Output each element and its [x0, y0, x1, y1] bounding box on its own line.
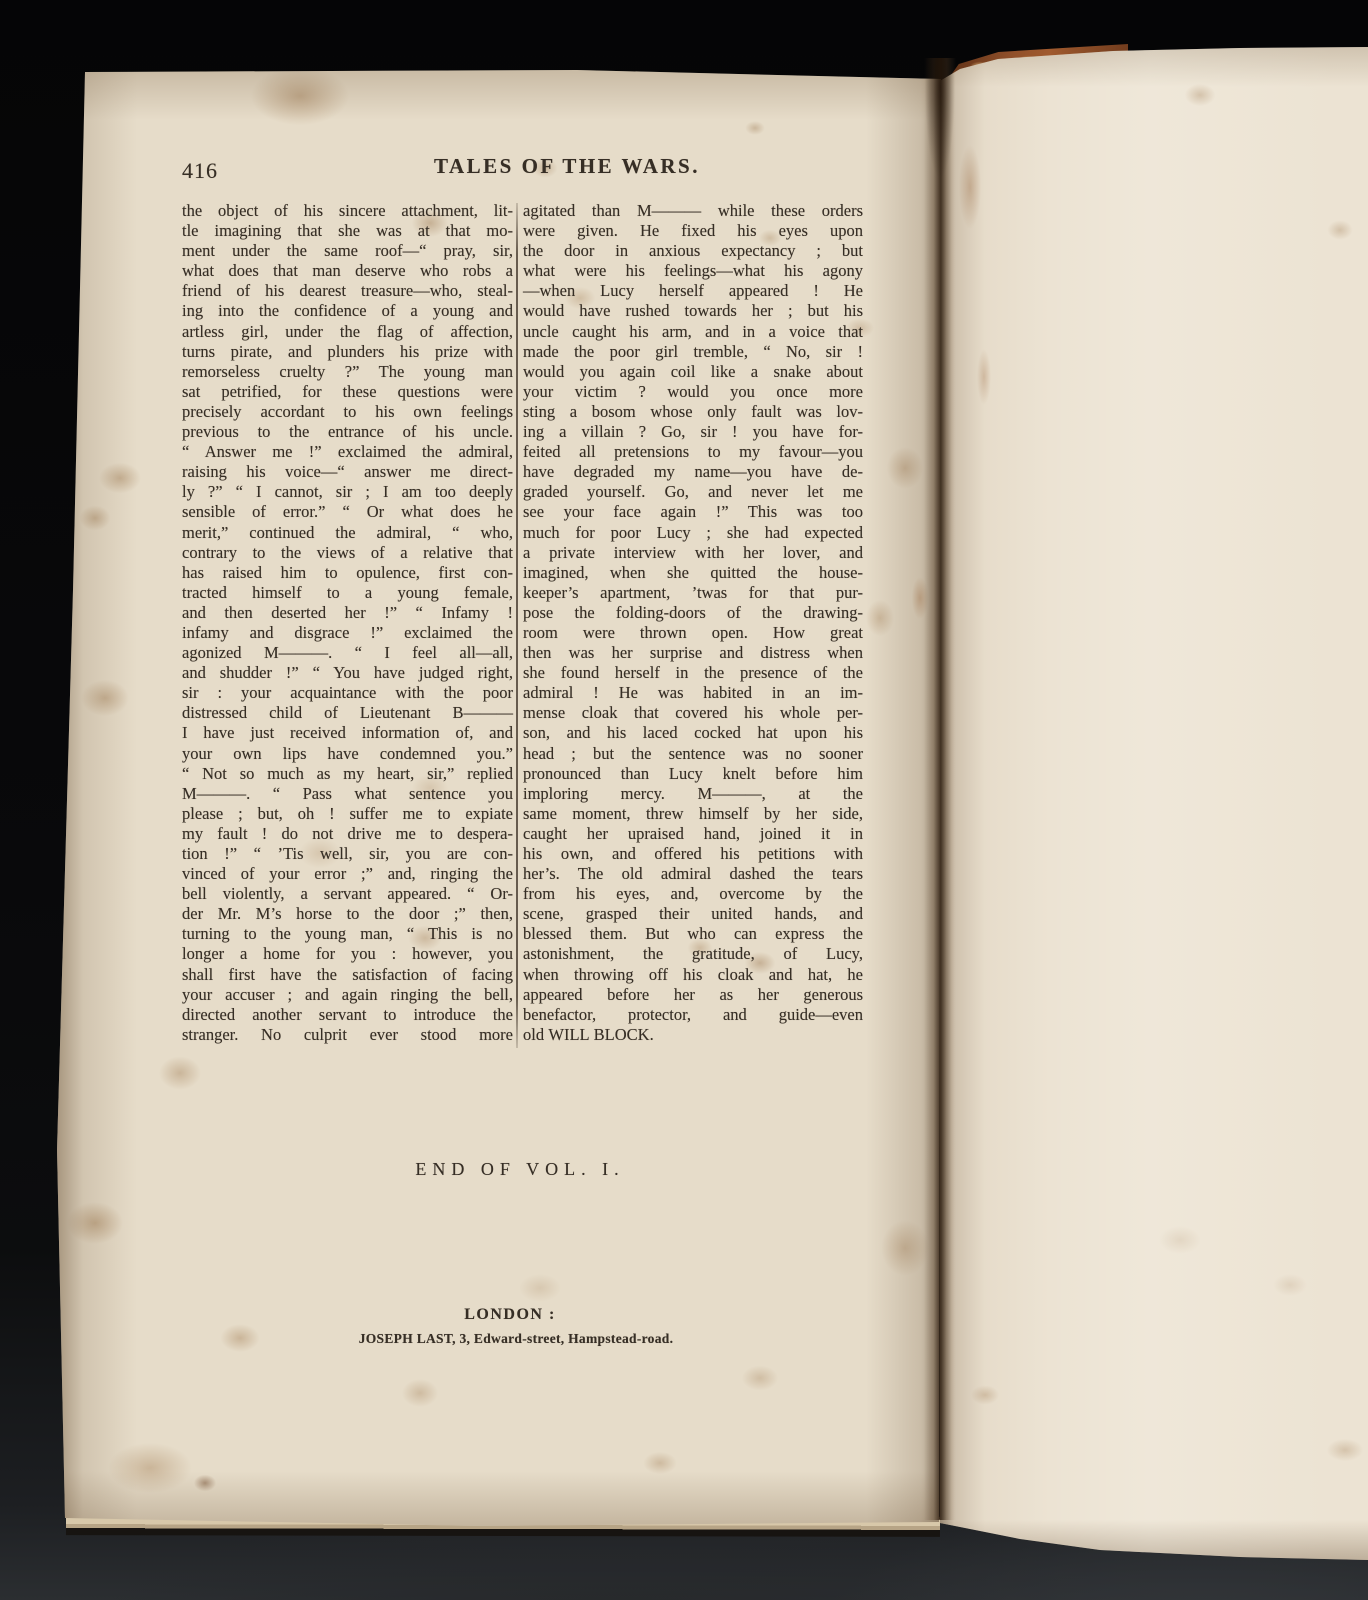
text-line: see your face again !” This was too	[523, 502, 863, 522]
text-line: distressed child of Lieutenant B———	[182, 703, 513, 723]
text-line: his own, and offered his petitions with	[523, 844, 863, 864]
printed-page: 416 TALES OF THE WARS. the object of his…	[57, 70, 941, 1526]
text-line: bell violently, a servant appeared. “ Or…	[182, 884, 513, 904]
text-line: “ Not so much as my heart, sir,” replied	[182, 764, 513, 784]
text-line: feited all pretensions to my favour—you	[523, 442, 863, 462]
text-line: graded yourself. Go, and never let me	[523, 482, 863, 502]
text-line: and shudder !” “ You have judged right,	[182, 663, 513, 683]
text-line: imploring mercy. M———, at the	[523, 784, 863, 804]
text-line: sat petrified, for these questions were	[182, 382, 513, 402]
running-header: TALES OF THE WARS.	[387, 154, 747, 179]
text-line: she found herself in the presence of the	[523, 663, 863, 683]
text-column-left: the object of his sincere attachment, li…	[182, 201, 513, 1045]
text-line: uncle caught his arm, and in a voice tha…	[523, 322, 863, 342]
text-line: contrary to the views of a relative that	[182, 543, 513, 563]
text-line: son, and his laced cocked hat upon his	[523, 723, 863, 743]
text-line: sting a bosom whose only fault was lov-	[523, 402, 863, 422]
text-line: from his eyes, and, overcome by the	[523, 884, 863, 904]
text-line: mense cloak that covered his whole per-	[523, 703, 863, 723]
text-line: sensible of error.” “ Or what does he	[182, 502, 513, 522]
text-line: caught her upraised hand, joined it in	[523, 824, 863, 844]
text-line: precisely accordant to his own feelings	[182, 402, 513, 422]
text-line: what were his feelings—what his agony	[523, 261, 863, 281]
text-line: M———. “ Pass what sentence you	[182, 784, 513, 804]
text-line: artless girl, under the flag of affectio…	[182, 322, 513, 342]
text-line: longer a home for you : however, you	[182, 944, 513, 964]
text-line: agonized M———. “ I feel all—all,	[182, 643, 513, 663]
text-line: made the poor girl tremble, “ No, sir !	[523, 342, 863, 362]
page-number: 416	[182, 158, 218, 184]
text-line: ment under the same roof—“ pray, sir,	[182, 241, 513, 261]
text-line: agitated than M——— while these orders	[523, 201, 863, 221]
text-line: imagined, when she quitted the house-	[523, 563, 863, 583]
text-line: turning to the young man, “ This is no	[182, 924, 513, 944]
text-line: keeper’s apartment, ’twas for that pur-	[523, 583, 863, 603]
facing-blank-page	[940, 47, 1368, 1560]
text-line: appeared before her as her generous	[523, 985, 863, 1005]
text-line: friend of his dearest treasure—who, stea…	[182, 281, 513, 301]
text-line: what does that man deserve who robs a	[182, 261, 513, 281]
text-line: have degraded my name—you have de-	[523, 462, 863, 482]
text-line: a private interview with her lover, and	[523, 543, 863, 563]
text-line: ing into the confidence of a young and	[182, 301, 513, 321]
text-line: has raised him to opulence, first con-	[182, 563, 513, 583]
column-divider-rule	[516, 203, 518, 1048]
text-line: tle imagining that she was at that mo-	[182, 221, 513, 241]
end-of-volume-notice: END OF VOL. I.	[370, 1159, 670, 1180]
text-line: old WILL BLOCK.	[523, 1025, 863, 1045]
text-line: shall first have the satisfaction of fac…	[182, 965, 513, 985]
text-line: pronounced than Lucy knelt before him	[523, 764, 863, 784]
book-photo: { "palette": { "paper": "#e6dcc9", "faci…	[0, 0, 1368, 1600]
text-line: head ; but the sentence was no sooner	[523, 744, 863, 764]
text-line: previous to the entrance of his uncle.	[182, 422, 513, 442]
text-line: the object of his sincere attachment, li…	[182, 201, 513, 221]
text-line: merit,” continued the admiral, “ who,	[182, 523, 513, 543]
text-line: ing a villain ? Go, sir ! you have for-	[523, 422, 863, 442]
text-line: vinced of your error ;” and, ringing the	[182, 864, 513, 884]
text-line: tion !” “ ’Tis well, sir, you are con-	[182, 844, 513, 864]
text-column-right: agitated than M——— while these orderswer…	[523, 201, 863, 1045]
text-line: turns pirate, and plunders his prize wit…	[182, 342, 513, 362]
text-line: der Mr. M’s horse to the door ;” then,	[182, 904, 513, 924]
text-line: would have rushed towards her ; but his	[523, 301, 863, 321]
text-line: blessed them. But who can express the	[523, 924, 863, 944]
text-line: scene, grasped their united hands, and	[523, 904, 863, 924]
text-line: pose the folding-doors of the drawing-	[523, 603, 863, 623]
text-line: and then deserted her !” “ Infamy !	[182, 603, 513, 623]
text-line: the door in anxious expectancy ; but	[523, 241, 863, 261]
text-line: would you again coil like a snake about	[523, 362, 863, 382]
imprint-printer: JOSEPH LAST, 3, Edward-street, Hampstead…	[266, 1331, 766, 1347]
text-line: your own lips have condemned you.”	[182, 744, 513, 764]
text-line: raising his voice—“ answer me direct-	[182, 462, 513, 482]
text-line: directed another servant to introduce th…	[182, 1005, 513, 1025]
text-line: admiral ! He was habited in an im-	[523, 683, 863, 703]
text-line: “ Answer me !” exclaimed the admiral,	[182, 442, 513, 462]
text-line: same moment, threw himself by her side,	[523, 804, 863, 824]
text-line: I have just received information of, and	[182, 723, 513, 743]
text-line: then was her surprise and distress when	[523, 643, 863, 663]
text-line: stranger. No culprit ever stood more	[182, 1025, 513, 1045]
text-line: infamy and disgrace !” exclaimed the	[182, 623, 513, 643]
text-line: room were thrown open. How great	[523, 623, 863, 643]
text-line: tracted himself to a young female,	[182, 583, 513, 603]
text-line: your accuser ; and again ringing the bel…	[182, 985, 513, 1005]
text-line: benefactor, protector, and guide—even	[523, 1005, 863, 1025]
text-line: were given. He fixed his eyes upon	[523, 221, 863, 241]
imprint-city: LONDON :	[360, 1306, 660, 1324]
text-line: much for poor Lucy ; she had expected	[523, 523, 863, 543]
text-line: please ; but, oh ! suffer me to expiate	[182, 804, 513, 824]
gutter-shadow	[924, 58, 956, 1520]
text-line: astonishment, the gratitude, of Lucy,	[523, 944, 863, 964]
text-line: when throwing off his cloak and hat, he	[523, 965, 863, 985]
text-line: your victim ? would you once more	[523, 382, 863, 402]
text-line: my fault ! do not drive me to despera-	[182, 824, 513, 844]
text-line: remorseless cruelty ?” The young man	[182, 362, 513, 382]
text-line: —when Lucy herself appeared ! He	[523, 281, 863, 301]
text-line: sir : your acquaintance with the poor	[182, 683, 513, 703]
text-line: ly ?” “ I cannot, sir ; I am too deeply	[182, 482, 513, 502]
text-line: her’s. The old admiral dashed the tears	[523, 864, 863, 884]
